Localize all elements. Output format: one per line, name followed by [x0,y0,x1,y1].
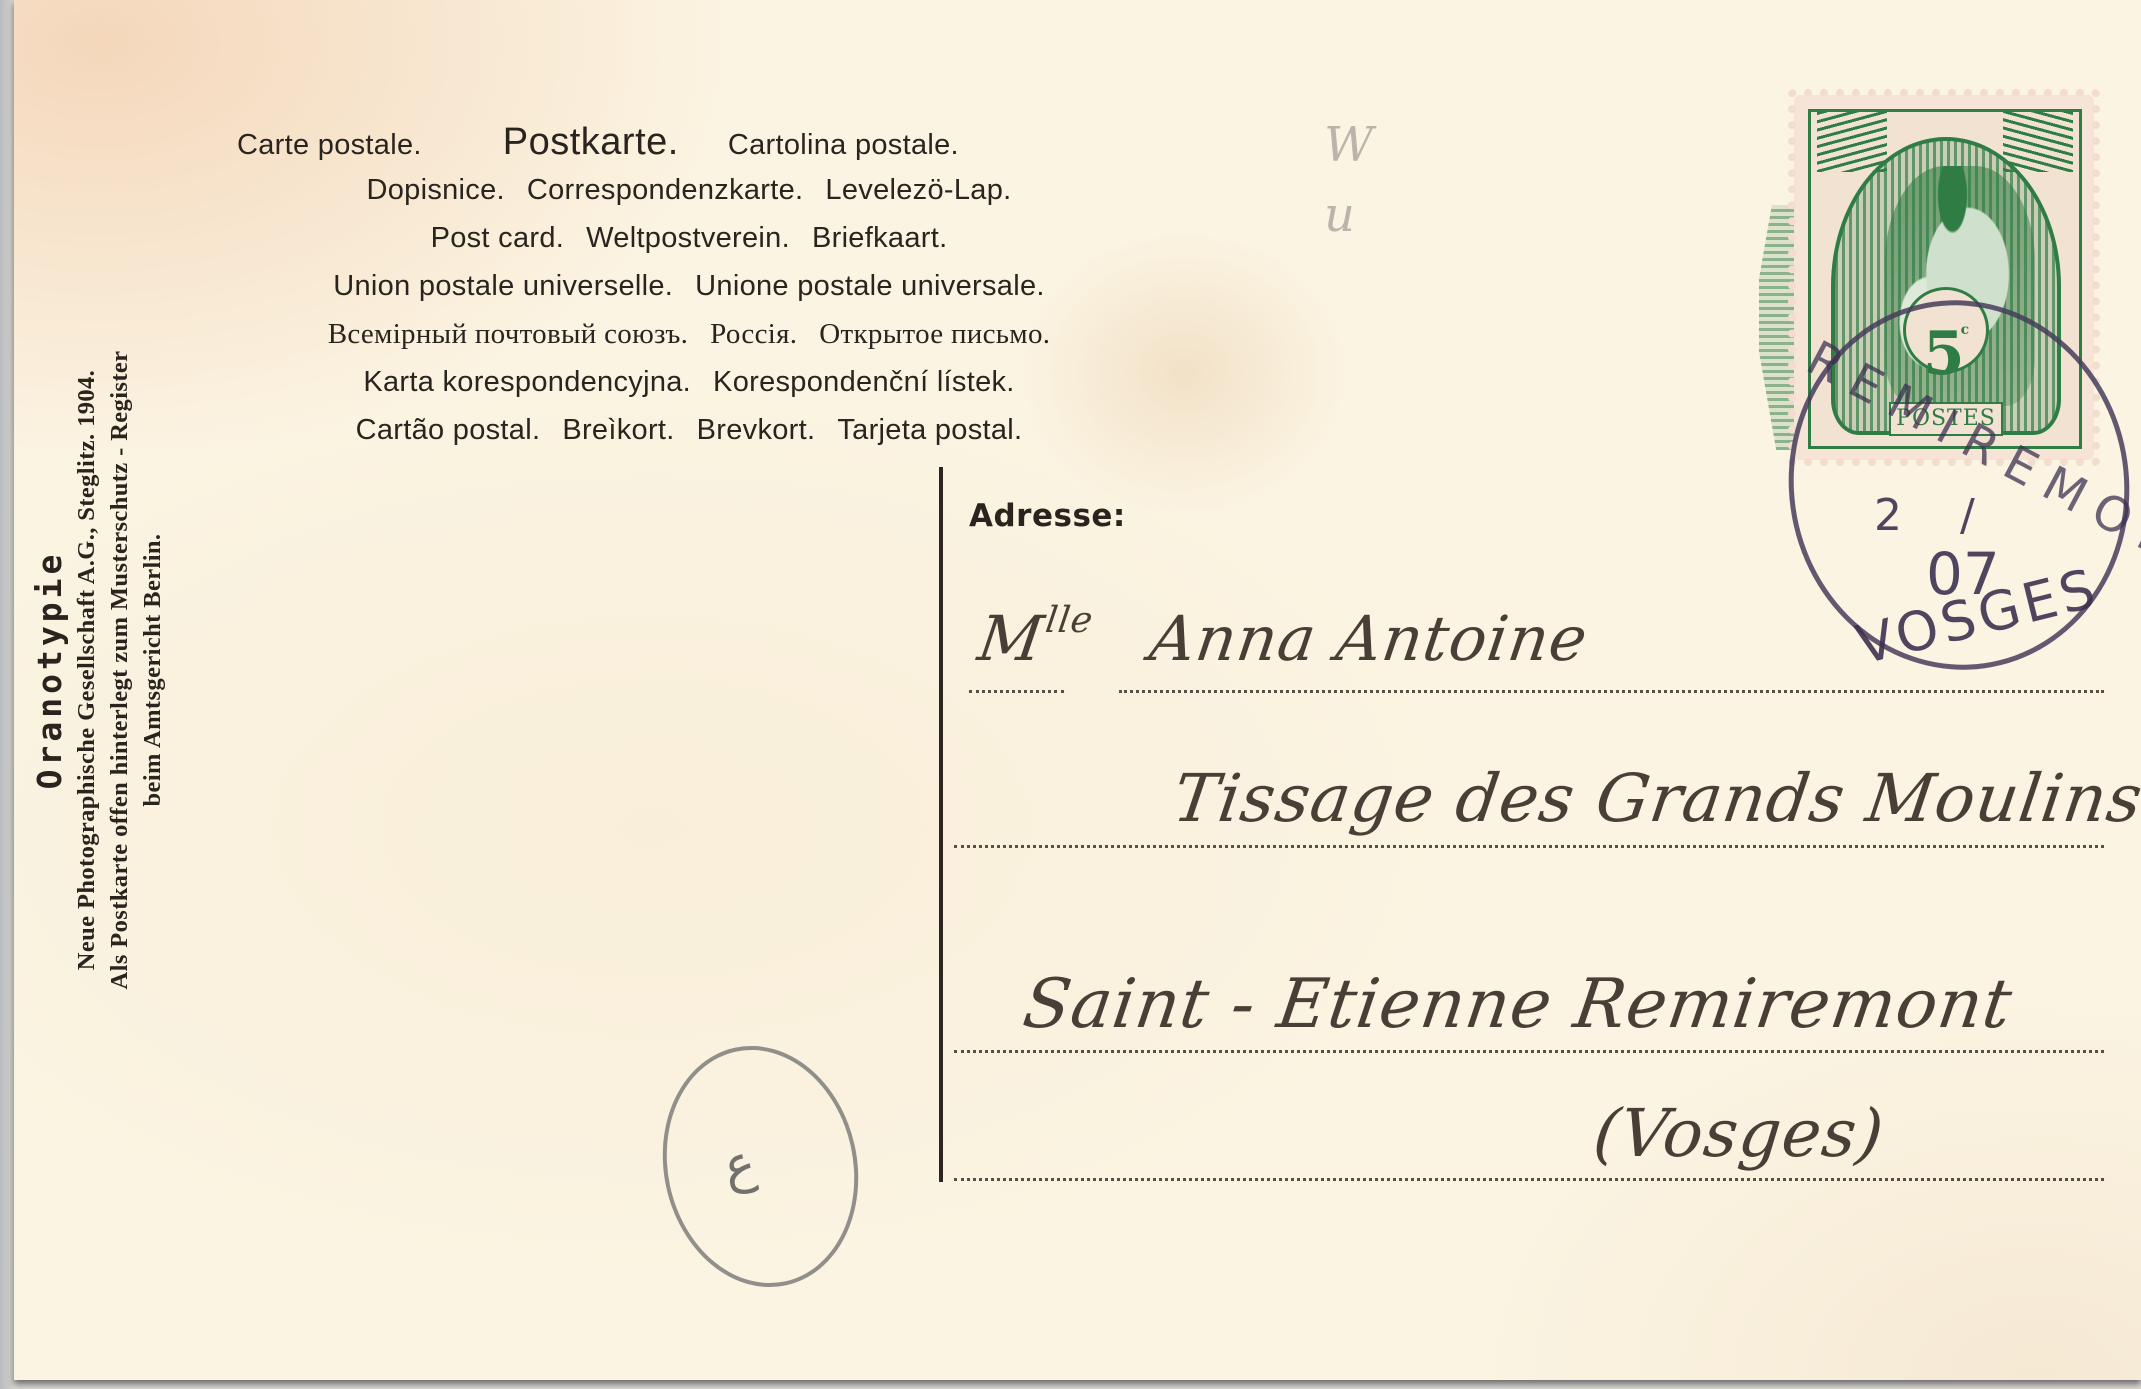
dotted-line [954,845,2104,848]
salutation-sup: lle [1043,600,1096,641]
header-text: Tarjeta postal. [837,414,1022,446]
header-text: Breìkort. [562,414,674,446]
imprint-line: beim Amtsgericht Berlin. [136,145,169,1195]
divider-line [939,467,943,1182]
header-text: Briefkaart. [812,222,947,254]
address-line-town: Saint - Etienne Remiremont [1018,965,2017,1044]
address-line-company: Tissage des Grands Moulins [1169,760,2141,837]
header-text: Post card. [431,222,565,254]
imprint-line: Neue Photographische Gesellschaft A.G., … [70,145,103,1195]
recipient-name: Anna Antoine [1146,602,1593,675]
pencil-circle [641,1028,880,1306]
header-line-6: Karta korespondencyjna.Korespondenční lí… [164,358,1214,406]
imprint-line: Als Postkarte offen hinterlegt zum Muste… [103,145,136,1195]
header-line-2: Dopisnice.Correspondenzkarte.Levelezö-La… [164,166,1214,214]
imprint-brand: Oranotypie [30,145,70,1195]
header-text: Всемірный почтовый союзъ. [328,318,688,350]
header-text: Korespondenční lístek. [713,366,1015,398]
dotted-line [969,690,1064,693]
header-text: Levelezö-Lap. [825,174,1011,206]
header-text: Россія. [710,318,797,350]
header-line-7: Cartão postal.Breìkort.Brevkort.Tarjeta … [164,406,1214,454]
pencil-note: Wu [1324,110,1373,250]
postcard-header: Carte postale.Postkarte.Cartolina postal… [164,118,1214,454]
header-title: Postkarte. [503,121,679,163]
header-text: Unione postale universale. [695,270,1045,302]
address-label: Adresse: [969,498,1126,534]
header-text: Karta korespondencyjna. [363,366,691,398]
publisher-imprint: Oranotypie Neue Photographische Gesellsc… [30,145,169,1195]
header-text: Brevkort. [697,414,816,446]
stamp-wing-icon [2003,112,2073,172]
header-line-1: Carte postale.Postkarte.Cartolina postal… [164,118,1214,166]
address-line-region: (Vosges) [1590,1095,1888,1172]
header-text: Cartolina postale. [728,129,959,161]
header-text: Cartão postal. [356,414,541,446]
header-text: Carte postale. [237,129,422,161]
salutation: M [974,602,1049,675]
dotted-line [954,1050,2104,1053]
postcard-back: Carte postale.Postkarte.Cartolina postal… [14,0,2141,1380]
header-line-4: Union postale universelle.Unione postale… [164,262,1214,310]
dotted-line [1119,690,2104,693]
header-text: Correspondenzkarte. [527,174,804,206]
header-line-3: Post card.Weltpostverein.Briefkaart. [164,214,1214,262]
card-edge [0,0,14,1389]
address-line-name: MlleAnna Antoine [974,600,1593,675]
stamp-wing-icon [1817,112,1887,172]
header-text: Открытое письмо. [819,318,1050,350]
dotted-line [954,1178,2104,1181]
header-line-5: Всемірный почтовый союзъ.Россія.Открытое… [164,310,1214,358]
header-text: Weltpostverein. [586,222,790,254]
postmark-date: 2 / [1874,490,1997,541]
header-text: Union postale universelle. [333,270,673,302]
header-text: Dopisnice. [366,174,504,206]
